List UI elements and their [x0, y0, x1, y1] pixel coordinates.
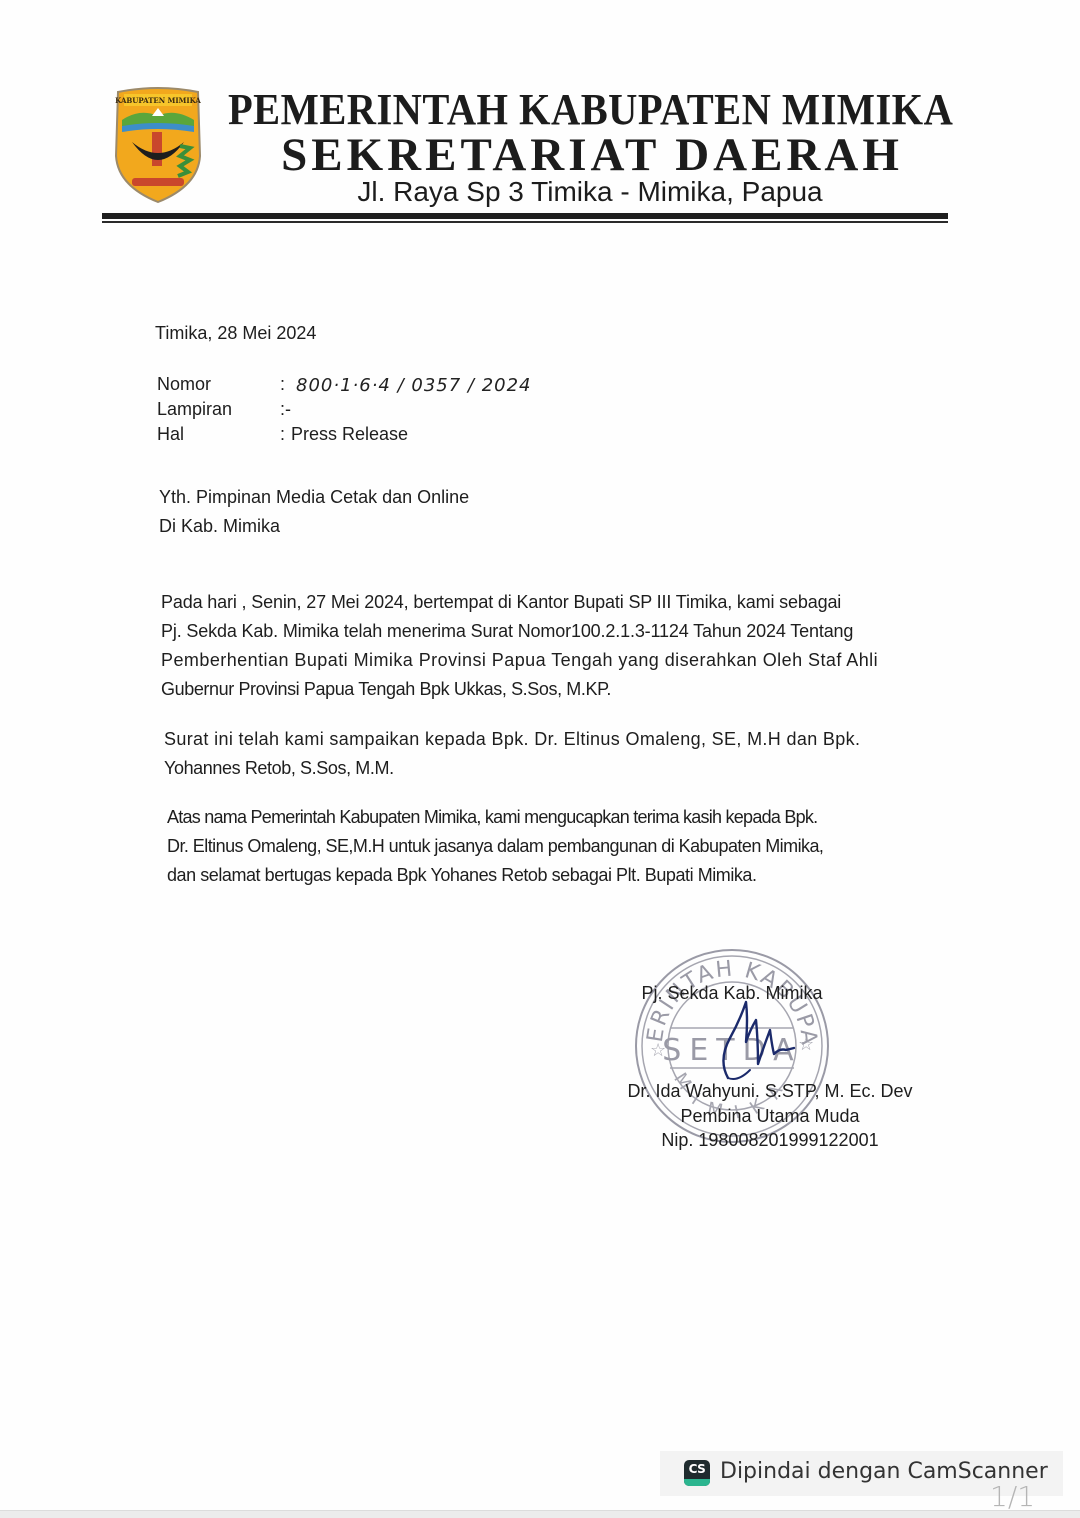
letterhead-divider-thin: [102, 221, 948, 223]
letterhead-office: SEKRETARIAT DAERAH: [262, 128, 922, 182]
paragraph-line: Yohannes Retob, S.Sos, M.M.: [164, 754, 860, 783]
meta-value-hal: Press Release: [291, 424, 408, 445]
body-paragraph-1: Pada hari , Senin, 27 Mei 2024, bertempa…: [161, 588, 878, 704]
place-date: Timika, 28 Mei 2024: [155, 323, 316, 344]
paragraph-line: Pada hari , Senin, 27 Mei 2024, bertempa…: [161, 588, 878, 617]
scanned-document-page: KABUPATEN MIMIKA PEMERINTAH KABUPATEN MI…: [0, 0, 1080, 1510]
camscanner-logo-text: CS: [684, 1462, 710, 1476]
signatory-rank: Pembina Utama Muda: [600, 1106, 940, 1127]
recipient-line-1: Yth. Pimpinan Media Cetak dan Online: [159, 487, 469, 508]
meta-sep-hal: :: [280, 424, 285, 445]
paragraph-line: dan selamat bertugas kepada Bpk Yohanes …: [167, 861, 823, 890]
paragraph-line: Pj. Sekda Kab. Mimika telah menerima Sur…: [161, 617, 878, 646]
body-paragraph-3: Atas nama Pemerintah Kabupaten Mimika, k…: [167, 803, 823, 890]
paragraph-line: Pemberhentian Bupati Mimika Provinsi Pap…: [161, 646, 878, 675]
paragraph-line: Gubernur Provinsi Papua Tengah Bpk Ukkas…: [161, 675, 878, 704]
meta-value-nomor: 800·1·6·4 / 0357 / 2024: [296, 375, 532, 396]
svg-text:KABUPATEN MIMIKA: KABUPATEN MIMIKA: [115, 96, 201, 105]
meta-label-lampiran: Lampiran: [157, 399, 232, 420]
letterhead-address: Jl. Raya Sp 3 Timika - Mimika, Papua: [300, 176, 880, 208]
page-counter: 1/1: [990, 1480, 1035, 1513]
paragraph-line: Atas nama Pemerintah Kabupaten Mimika, k…: [167, 803, 823, 832]
body-paragraph-2: Surat ini telah kami sampaikan kepada Bp…: [164, 725, 860, 783]
meta-label-hal: Hal: [157, 424, 184, 445]
recipient-line-2: Di Kab. Mimika: [159, 516, 280, 537]
letterhead-divider-thick: [102, 213, 948, 219]
meta-sep-nomor: :: [280, 374, 285, 395]
viewer-bottom-edge: [0, 1510, 1080, 1518]
paragraph-line: Surat ini telah kami sampaikan kepada Bp…: [164, 725, 860, 754]
meta-label-nomor: Nomor: [157, 374, 211, 395]
svg-text:☆: ☆: [650, 1040, 666, 1060]
signatory-name: Dr. Ida Wahyuni. S.STP, M. Ec. Dev: [600, 1081, 940, 1102]
coat-of-arms-icon: KABUPATEN MIMIKA: [110, 86, 206, 204]
meta-sep-lampiran: :-: [280, 399, 291, 420]
signatory-nip: Nip. 198008201999122001: [600, 1130, 940, 1151]
handwritten-signature-icon: [710, 990, 810, 1090]
paragraph-line: Dr. Eltinus Omaleng, SE,M.H untuk jasany…: [167, 832, 823, 861]
camscanner-logo-icon: CS: [684, 1460, 710, 1486]
